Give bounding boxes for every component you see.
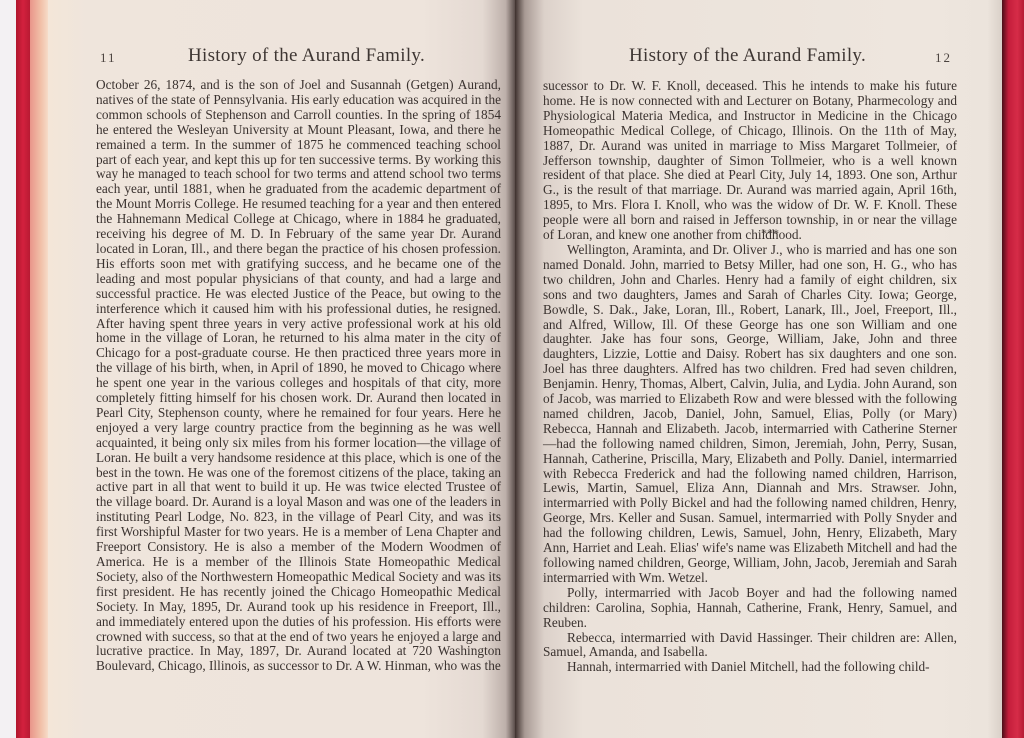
paragraph: Rebecca, intermarried with David Hassing… <box>543 631 957 661</box>
paragraph: Polly, intermarried with Jacob Boyer and… <box>543 586 957 631</box>
running-head: History of the Aurand Family. <box>188 45 425 67</box>
page-number: 12 <box>935 50 952 66</box>
body-text: sucessor to Dr. W. F. Knoll, deceased. T… <box>543 79 957 675</box>
right-page: History of the Aurand Family. 12 sucesso… <box>515 0 1002 738</box>
paragraph: sucessor to Dr. W. F. Knoll, deceased. T… <box>543 79 957 243</box>
page-edges-left <box>30 0 48 738</box>
book-cover-left <box>16 0 30 738</box>
body-text: October 26, 1874, and is the son of Joel… <box>96 78 501 674</box>
left-page: 11 History of the Aurand Family. October… <box>48 0 515 738</box>
paragraph: Hannah, intermarried with Daniel Mitchel… <box>543 660 957 675</box>
page-number: 11 <box>100 50 117 66</box>
paragraph: October 26, 1874, and is the son of Joel… <box>96 78 501 674</box>
book-cover-right <box>1002 0 1024 738</box>
running-head: History of the Aurand Family. <box>629 45 866 67</box>
paragraph: Wellington, Araminta, and Dr. Oliver J.,… <box>543 243 957 586</box>
